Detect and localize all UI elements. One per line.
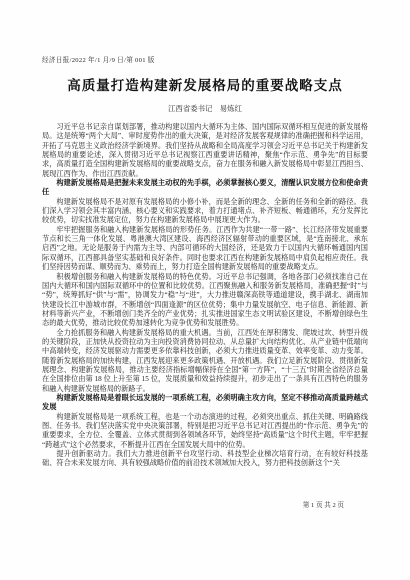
article-paragraph: 全力抢抓服务和融入构建新发展格局的重大机遇。当前，江西处在厚积薄发、爬坡过坎、转… — [42, 329, 368, 394]
article-paragraph: 习近平总书记亲自谋划部署，推动构建以国内大循环为主体、国内国际双循环相互促进的新… — [42, 123, 368, 179]
article-byline: 江西省委书记 易炼红 — [42, 103, 368, 114]
section-heading: 构建新发展格局是把握未来发展主动权的先手棋，必须掌握核心要义，清醒认识发展方位和… — [42, 179, 368, 198]
publication-meta: 经济日报/2022 年/1 月/9 日/第 001 版 — [42, 54, 368, 64]
article-title: 高质量打造构建新发展格局的重要战略支点 — [42, 74, 368, 94]
article-paragraph: 积极增创服务和融入构建新发展格局的特色优势。习近平总书记强调，各地各部门必须找准… — [42, 273, 368, 329]
article-paragraph: 构建新发展格局不是对原有发展格局的小修小补，而是全新的理念、全新的任务和全新的路… — [42, 198, 368, 226]
document-page: 经济日报/2022 年/1 月/9 日/第 001 版 高质量打造构建新发展格局… — [0, 0, 410, 580]
article-paragraph: 构建新发展格局是一项系统工程，也是一个动态演进的过程，必须突出重点、抓住关键、明… — [42, 413, 368, 450]
page-number-footer: 第 1 页 共 2 页 — [303, 499, 344, 509]
section-heading: 构建新发展格局是着眼长远发展的一项系统工程，必须明确主攻方向，坚定不移推动高质量… — [42, 394, 368, 413]
article-content: 经济日报/2022 年/1 月/9 日/第 001 版 高质量打造构建新发展格局… — [42, 54, 368, 469]
article-paragraph: 提升创新驱动力。我们大力推进创新平台攻坚行动、科技型企业梯次培育行动，在有较好科… — [42, 450, 368, 469]
article-paragraph: 牢牢把握服务和融入构建新发展格局的形势任务。江西作为共建“一带一路”、长江经济带… — [42, 226, 368, 273]
